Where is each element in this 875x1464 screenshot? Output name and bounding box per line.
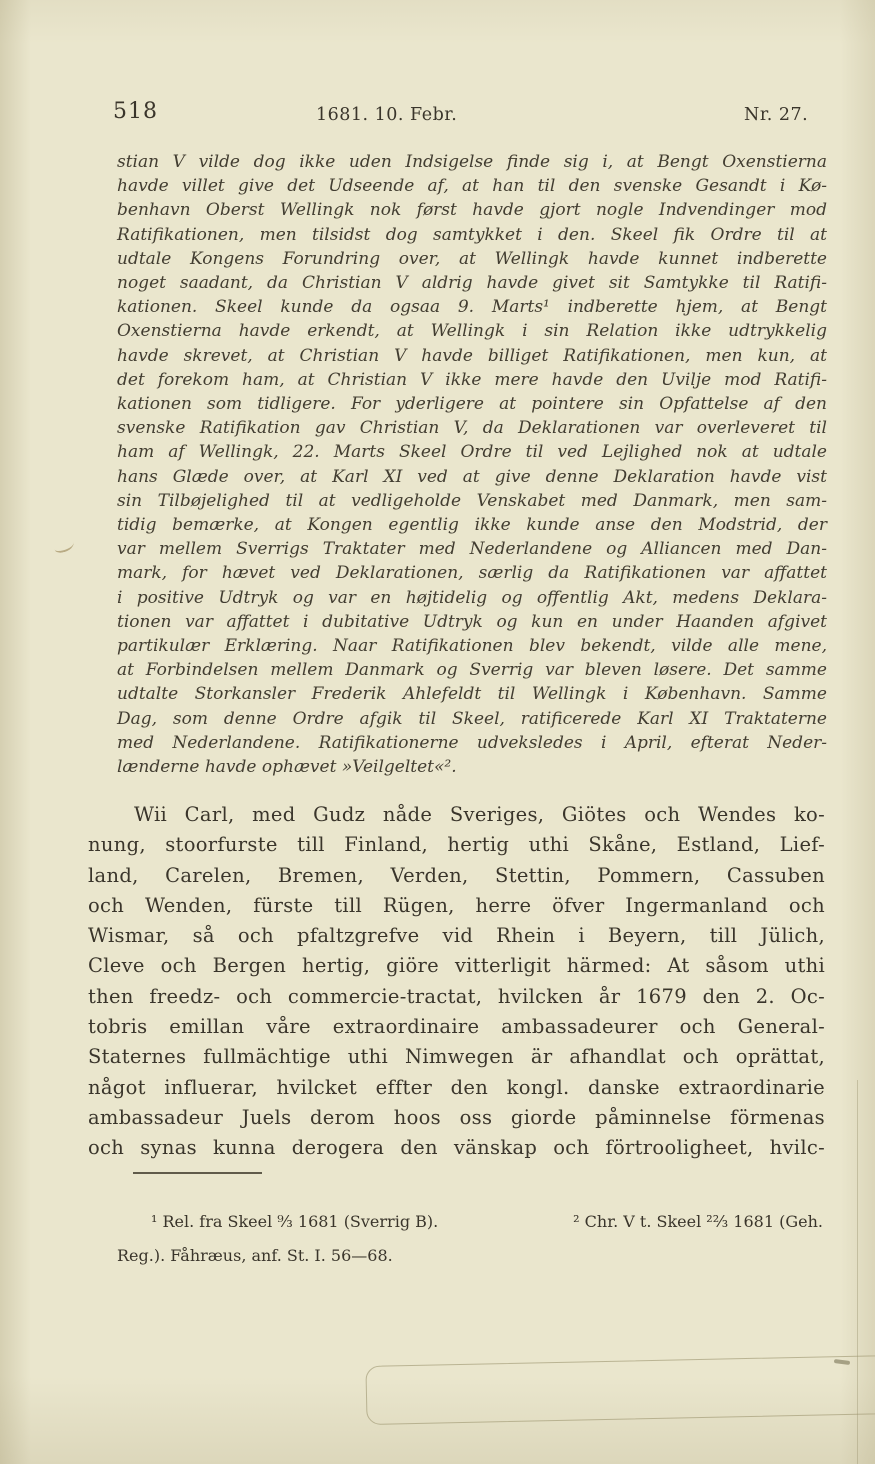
- book-page-scan: 518 1681. 10. Febr. Nr. 27. stian V vild…: [0, 0, 875, 1464]
- regest-line: det forekom ham, at Christian V ikke mer…: [117, 368, 827, 392]
- regest-line: benhavn Oberst Wellingk nok først havde …: [117, 198, 827, 222]
- treaty-line: Cleve och Bergen hertig, giöre vitterlig…: [88, 951, 825, 981]
- pocket-impression-artifact: [365, 1353, 875, 1425]
- regest-line: svenske Ratifikation gav Christian V, da…: [117, 416, 827, 440]
- regest-line: tionen var affattet i dubitative Udtryk …: [117, 610, 827, 634]
- regest-line: lænderne havde ophævet »Veilgeltet«².: [117, 755, 827, 779]
- regest-line: at Forbindelsen mellem Danmark og Sverri…: [117, 658, 827, 682]
- regest-line: ham af Wellingk, 22. Marts Skeel Ordre t…: [117, 440, 827, 464]
- regest-line: udtale Kongens Forundring over, at Welli…: [117, 247, 827, 271]
- regest-line: kationen. Skeel kunde da ogsaa 9. Marts¹…: [117, 295, 827, 319]
- regest-line: med Nederlandene. Ratifikationerne udvek…: [117, 731, 827, 755]
- footnote-line: Reg.). Fåhræus, anf. St. I. 56—68.: [117, 1239, 823, 1273]
- margin-pencil-mark: [53, 538, 75, 554]
- regest-line: Ratifikationen, men tilsidst dog samtykk…: [117, 223, 827, 247]
- treaty-line: Staternes fullmächtige uthi Nimwegen är …: [88, 1042, 825, 1072]
- page-number: 518: [113, 99, 158, 124]
- footnote-line: ¹ Rel. fra Skeel ⁹⁄₃ 1681 (Sverrig B). ²…: [117, 1205, 823, 1239]
- running-head-date: 1681. 10. Febr.: [316, 105, 457, 125]
- treaty-line: nung, stoorfurste till Finland, hertig u…: [88, 830, 825, 860]
- regest-line: tidig bemærke, at Kongen egentlig ikke k…: [117, 513, 827, 537]
- treaty-line: och synas kunna derogera den vänskap och…: [88, 1133, 825, 1163]
- regest-line: havde skrevet, at Christian V havde bill…: [117, 344, 827, 368]
- treaty-line: Wismar, så och pfaltzgrefve vid Rhein i …: [88, 921, 825, 951]
- treaty-text-paragraph: Wii Carl, med Gudz nåde Sveriges, Giötes…: [88, 800, 825, 1164]
- regest-line: kationen som tidligere. For yderligere a…: [117, 392, 827, 416]
- footnote-separator-rule: [133, 1172, 262, 1174]
- footnote-2-start: ² Chr. V t. Skeel ²²⁄₃ 1681 (Geh.: [573, 1205, 823, 1239]
- regest-line: i positive Udtryk og var en højtidelig o…: [117, 586, 827, 610]
- regest-line: udtalte Storkansler Frederik Ahlefeldt t…: [117, 682, 827, 706]
- regest-paragraph: stian V vilde dog ikke uden Indsigelse f…: [117, 150, 827, 779]
- treaty-line: land, Carelen, Bremen, Verden, Stettin, …: [88, 861, 825, 891]
- running-head-document-number: Nr. 27.: [744, 105, 808, 125]
- regest-line: sin Tilbøjelighed til at vedligeholde Ve…: [117, 489, 827, 513]
- regest-line: mark, for hævet ved Deklarationen, særli…: [117, 561, 827, 585]
- treaty-line: tobris emillan våre extraordinaire ambas…: [88, 1012, 825, 1042]
- treaty-line: och Wenden, fürste till Rügen, herre öfv…: [88, 891, 825, 921]
- regest-line: Dag, som denne Ordre afgik til Skeel, ra…: [117, 707, 827, 731]
- regest-line: hans Glæde over, at Karl XI ved at give …: [117, 465, 827, 489]
- regest-line: stian V vilde dog ikke uden Indsigelse f…: [117, 150, 827, 174]
- footnotes: ¹ Rel. fra Skeel ⁹⁄₃ 1681 (Sverrig B). ²…: [117, 1205, 823, 1273]
- footnote-1: ¹ Rel. fra Skeel ⁹⁄₃ 1681 (Sverrig B).: [151, 1205, 438, 1239]
- regest-line: havde villet give det Udseende af, at ha…: [117, 174, 827, 198]
- regest-line: partikulær Erklæring. Naar Ratifikatione…: [117, 634, 827, 658]
- page-crease: [857, 1080, 858, 1464]
- regest-line: noget saadant, da Christian V aldrig hav…: [117, 271, 827, 295]
- treaty-line: ambassadeur Juels derom hoos oss giorde …: [88, 1103, 825, 1133]
- regest-line: var mellem Sverrigs Traktater med Nederl…: [117, 537, 827, 561]
- treaty-line: then freedz- och commercie-tractat, hvil…: [88, 982, 825, 1012]
- regest-line: Oxenstierna havde erkendt, at Wellingk i…: [117, 319, 827, 343]
- treaty-line: något influerar, hvilcket effter den kon…: [88, 1073, 825, 1103]
- treaty-line: Wii Carl, med Gudz nåde Sveriges, Giötes…: [88, 800, 825, 830]
